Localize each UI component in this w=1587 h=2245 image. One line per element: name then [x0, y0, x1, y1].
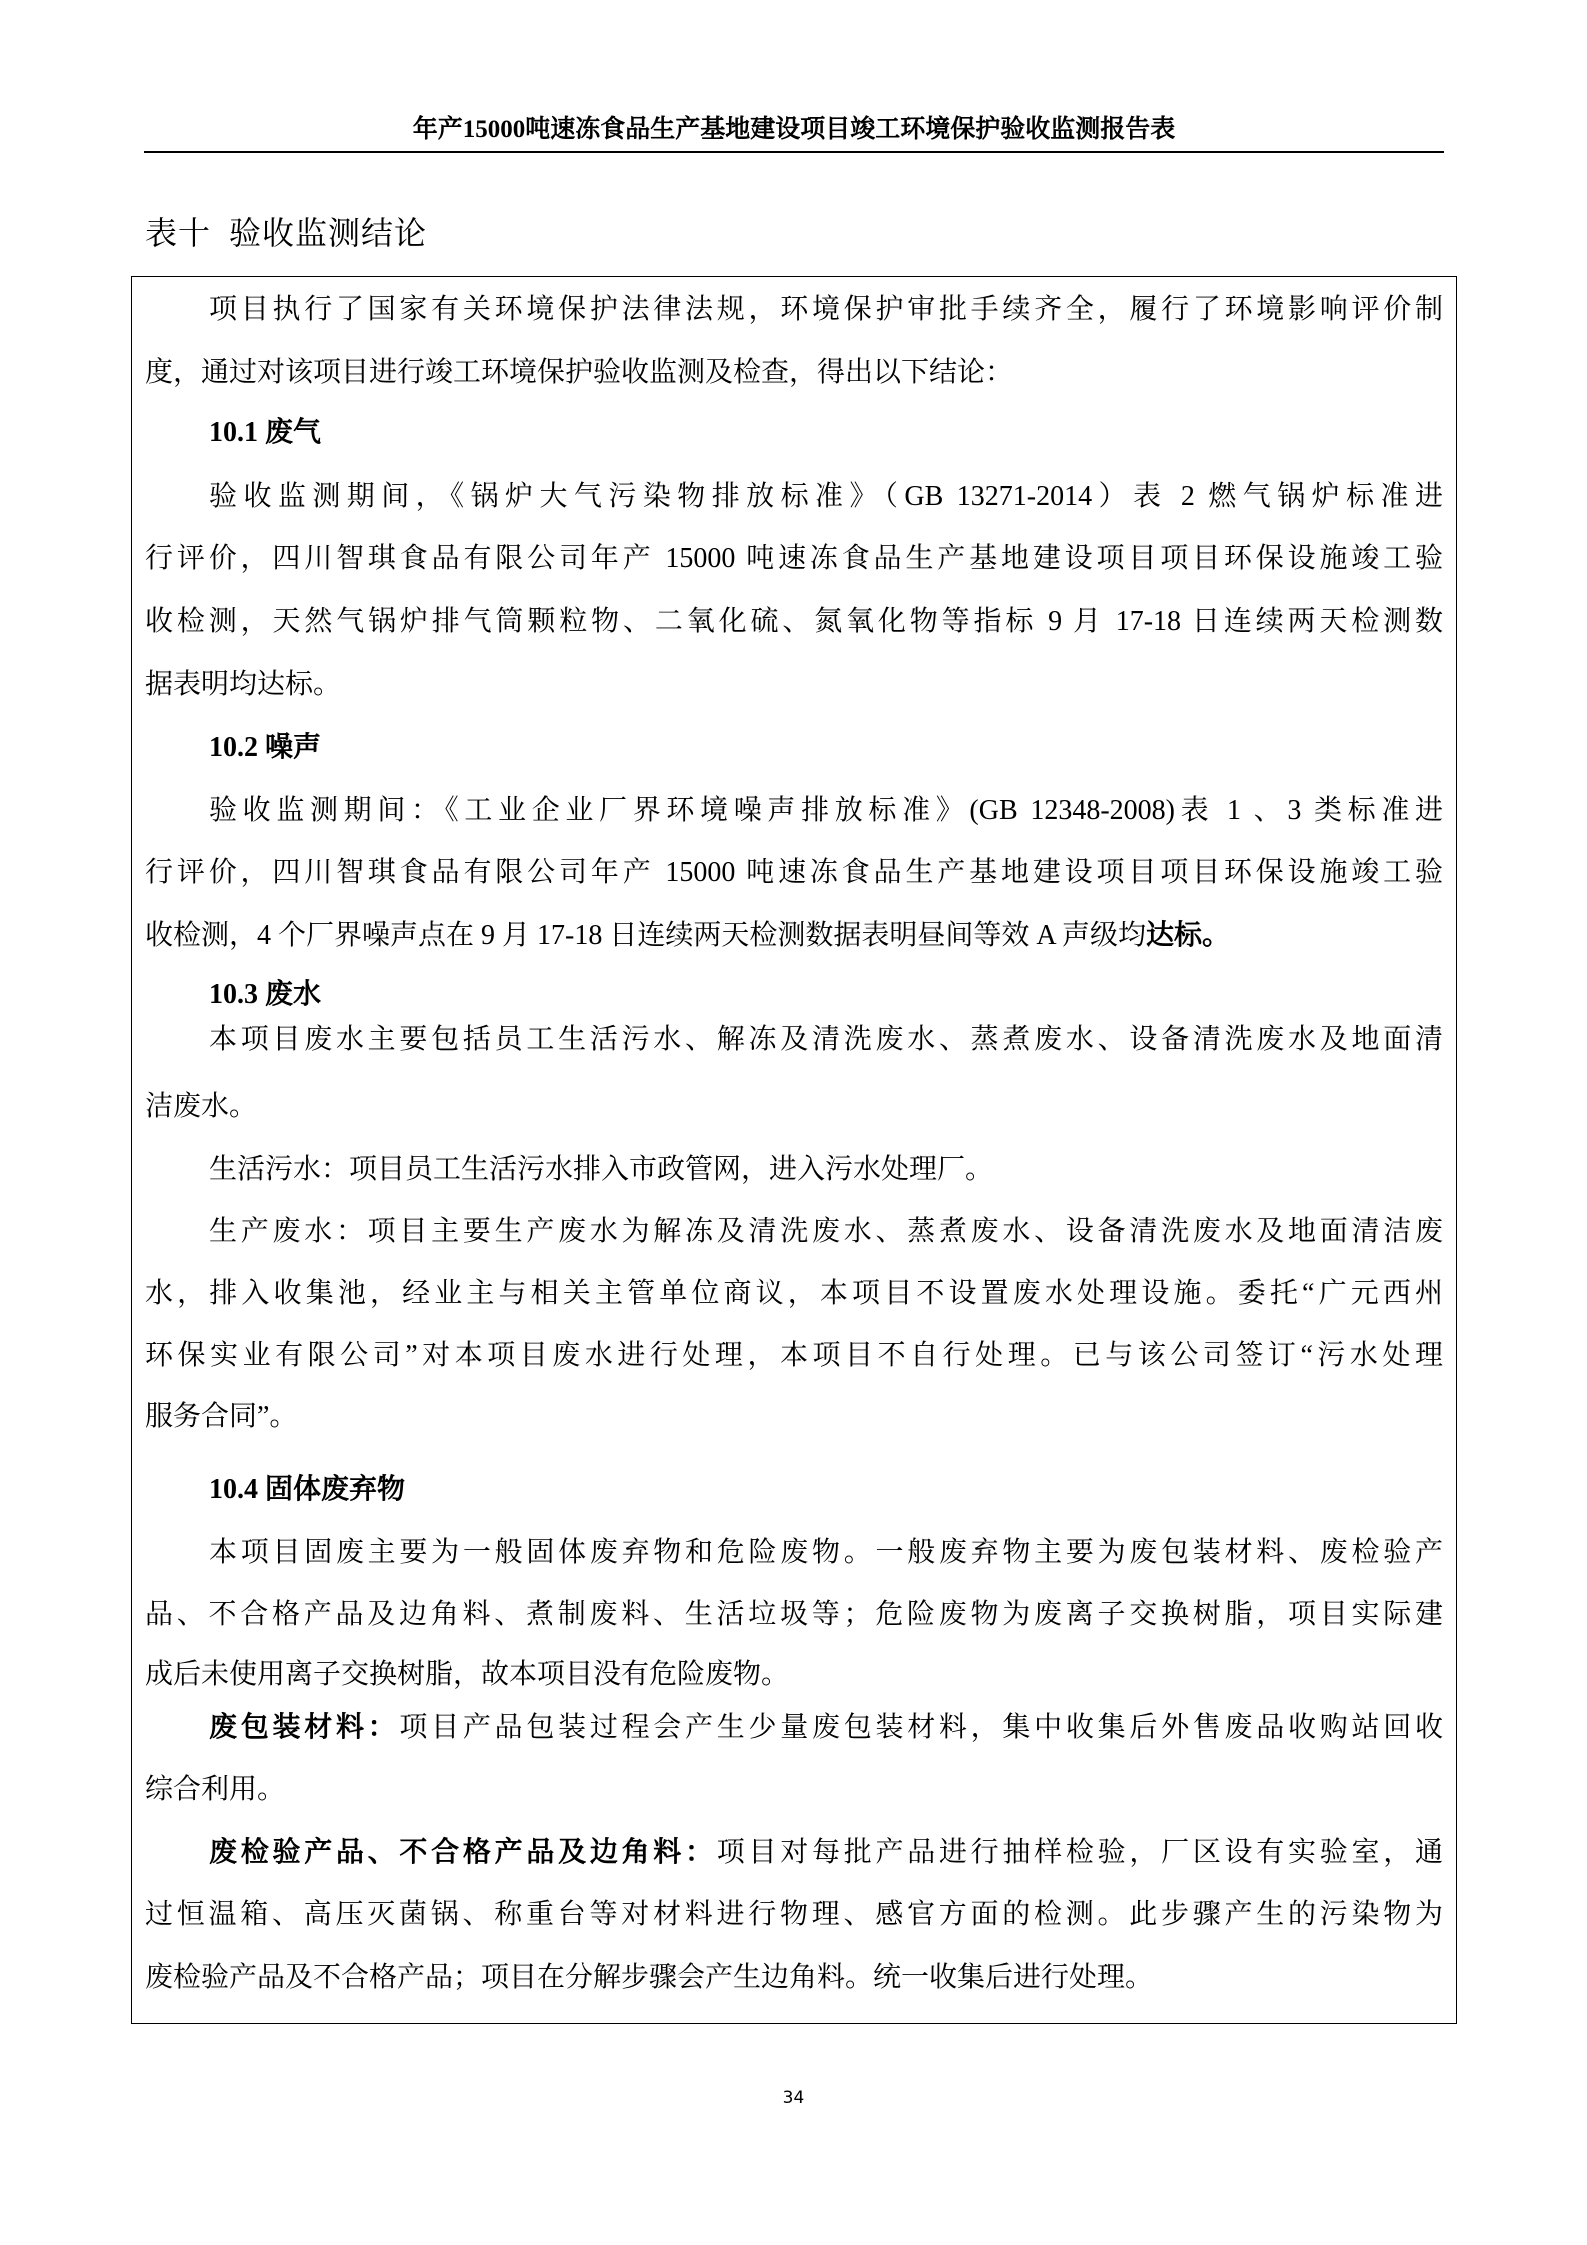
s103-line-2: 洁废水。	[145, 1087, 1443, 1127]
header-rule	[144, 151, 1444, 153]
inspection-label: 废检验产品、不合格产品及边角料：	[209, 1837, 717, 1868]
s104-inspection-line-2: 过恒温箱、高压灭菌锅、称重台等对材料进行物理、感官方面的检测。此步骤产生的污染物…	[145, 1895, 1443, 1935]
s104-inspection-line-3: 废检验产品及不合格产品；项目在分解步骤会产生边角料。统一收集后进行处理。	[145, 1958, 1443, 1998]
section-title: 表十 验收监测结论	[145, 212, 427, 254]
s104-inspection-line-1: 废检验产品、不合格产品及边角料：项目对每批产品进行抽样检验，厂区设有实验室，通	[209, 1833, 1443, 1873]
s103-production-line-2: 水，排入收集池，经业主与相关主管单位商议，本项目不设置废水处理设施。委托“广元西…	[145, 1274, 1443, 1314]
intro-line-2: 度，通过对该项目进行竣工环境保护验收监测及检查，得出以下结论：	[145, 353, 1443, 393]
s102-line-3: 收检测，4 个厂界噪声点在 9 月 17-18 日连续两天检测数据表明昼间等效 …	[145, 916, 1443, 956]
s102-line-3-text: 收检测，4 个厂界噪声点在 9 月 17-18 日连续两天检测数据表明昼间等效 …	[145, 920, 1146, 951]
s103-production-line-4: 服务合同”。	[145, 1397, 1443, 1437]
s101-line-1: 验收监测期间，《锅炉大气污染物排放标准》（GB 13271-2014）表 2 燃…	[209, 477, 1443, 517]
heading-10-2-noise: 10.2 噪声	[209, 728, 1443, 768]
s101-line-4: 据表明均达标。	[145, 665, 1443, 705]
heading-10-1-exhaust-gas: 10.1 废气	[209, 413, 1443, 453]
heading-10-4-solid-waste: 10.4 固体废弃物	[209, 1470, 1443, 1510]
s103-line-1: 本项目废水主要包括员工生活污水、解冻及清洗废水、蒸煮废水、设备清洗废水及地面清	[209, 1020, 1443, 1060]
s103-production-line-3: 环保实业有限公司”对本项目废水进行处理，本项目不自行处理。已与该公司签订“污水处…	[145, 1336, 1443, 1376]
s103-production-line-1: 生产废水：项目主要生产废水为解冻及清洗废水、蒸煮废水、设备清洗废水及地面清洁废	[209, 1212, 1443, 1252]
packaging-text: 项目产品包装过程会产生少量废包装材料，集中收集后外售废品收购站回收	[399, 1712, 1443, 1743]
s104-packaging-line-2: 综合利用。	[145, 1770, 1443, 1810]
s102-compliant-text: 达标。	[1146, 920, 1230, 951]
s103-domestic-sewage: 生活污水：项目员工生活污水排入市政管网，进入污水处理厂。	[209, 1150, 1443, 1190]
packaging-label: 废包装材料：	[209, 1712, 399, 1743]
s104-packaging-line-1: 废包装材料：项目产品包装过程会产生少量废包装材料，集中收集后外售废品收购站回收	[209, 1708, 1443, 1748]
s102-line-1: 验收监测期间：《工业企业厂界环境噪声排放标准》(GB 12348-2008)表 …	[209, 791, 1443, 831]
s101-line-2: 行评价，四川智琪食品有限公司年产 15000 吨速冻食品生产基地建设项目项目环保…	[145, 539, 1443, 579]
s104-line-3: 成后未使用离子交换树脂，故本项目没有危险废物。	[145, 1655, 1443, 1695]
intro-line-1: 项目执行了国家有关环境保护法律法规，环境保护审批手续齐全，履行了环境影响评价制	[209, 290, 1443, 330]
s104-line-2: 品、不合格产品及边角料、煮制废料、生活垃圾等；危险废物为废离子交换树脂，项目实际…	[145, 1595, 1443, 1635]
inspection-text: 项目对每批产品进行抽样检验，厂区设有实验室，通	[717, 1837, 1443, 1868]
s102-line-2: 行评价，四川智琪食品有限公司年产 15000 吨速冻食品生产基地建设项目项目环保…	[145, 853, 1443, 893]
running-header-title: 年产15000吨速冻食品生产基地建设项目竣工环境保护验收监测报告表	[144, 112, 1444, 148]
s101-line-3: 收检测，天然气锅炉排气筒颗粒物、二氧化硫、氮氧化物等指标 9 月 17-18 日…	[145, 602, 1443, 642]
page-number: 34	[0, 2086, 1587, 2110]
s104-line-1: 本项目固废主要为一般固体废弃物和危险废物。一般废弃物主要为废包装材料、废检验产	[209, 1533, 1443, 1573]
heading-10-3-wastewater: 10.3 废水	[209, 975, 1443, 1015]
